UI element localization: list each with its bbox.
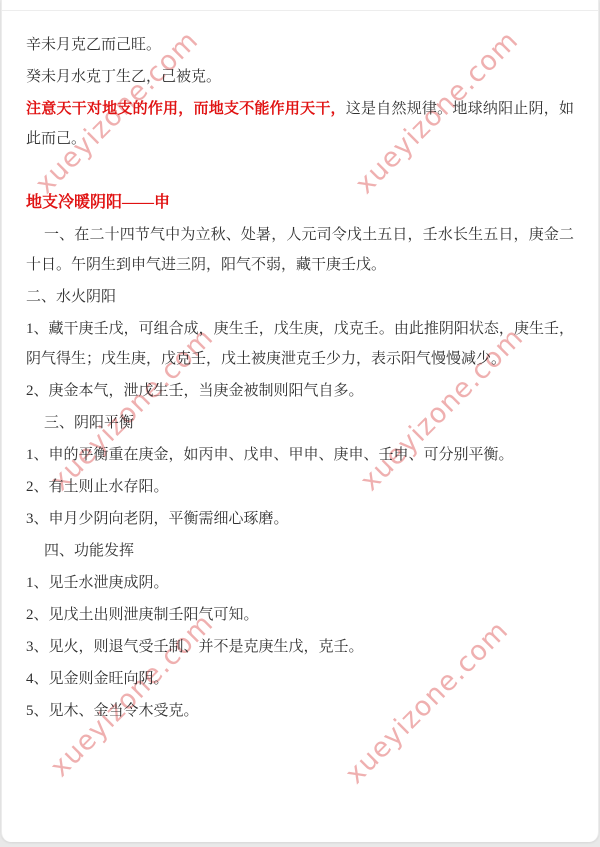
emphasis-red-text: 注意天干对地支的作用，而地支不能作用天干，	[26, 101, 346, 117]
paragraph: 1、藏干庚壬戊，可组合成，庚生壬，戊生庚，戊克壬。由此推阴阳状态，庚生壬，阴气得…	[26, 314, 574, 374]
paragraph: 辛未月克乙而己旺。	[26, 30, 574, 60]
paragraph: 3、见火，则退气受壬制、并不是克庚生戊，克壬。	[26, 632, 574, 662]
paragraph: 一、在二十四节气中为立秋、处暑，人元司令戊土五日，壬水长生五日，庚金二十日。午阴…	[26, 220, 574, 280]
paragraph: 1、见壬水泄庚成阴。	[26, 568, 574, 598]
document-page: xueyizone.com xueyizone.com xueyizone.co…	[1, 0, 599, 842]
paragraph: 5、见木、金当令木受克。	[26, 696, 574, 726]
paragraph: 4、见金则金旺向阴。	[26, 664, 574, 694]
paragraph: 2、庚金本气，泄戊生壬，当庚金被制则阳气自多。	[26, 376, 574, 406]
paragraph: 癸未月水克丁生乙，己被克。	[26, 62, 574, 92]
paragraph: 注意天干对地支的作用，而地支不能作用天干，这是自然规律。地球纳阳止阴，如此而己。	[26, 94, 574, 154]
paragraph: 3、申月少阴向老阴，平衡需细心琢磨。	[26, 504, 574, 534]
document-content: 辛未月克乙而己旺。癸未月水克丁生乙，己被克。注意天干对地支的作用，而地支不能作用…	[2, 0, 598, 728]
paragraph: 2、见戊土出则泄庚制壬阳气可知。	[26, 600, 574, 630]
paragraph: 三、阴阳平衡	[26, 408, 574, 438]
paragraph-spacer	[26, 156, 574, 186]
paragraph: 2、有土则止水存阳。	[26, 472, 574, 502]
paragraph: 四、功能发挥	[26, 536, 574, 566]
section-heading: 地支冷暖阴阳——申	[26, 188, 574, 218]
paragraph: 1、申的平衡重在庚金，如丙申、戊申、甲申、庚申、壬申、可分别平衡。	[26, 440, 574, 470]
paragraph: 二、水火阴阳	[26, 282, 574, 312]
